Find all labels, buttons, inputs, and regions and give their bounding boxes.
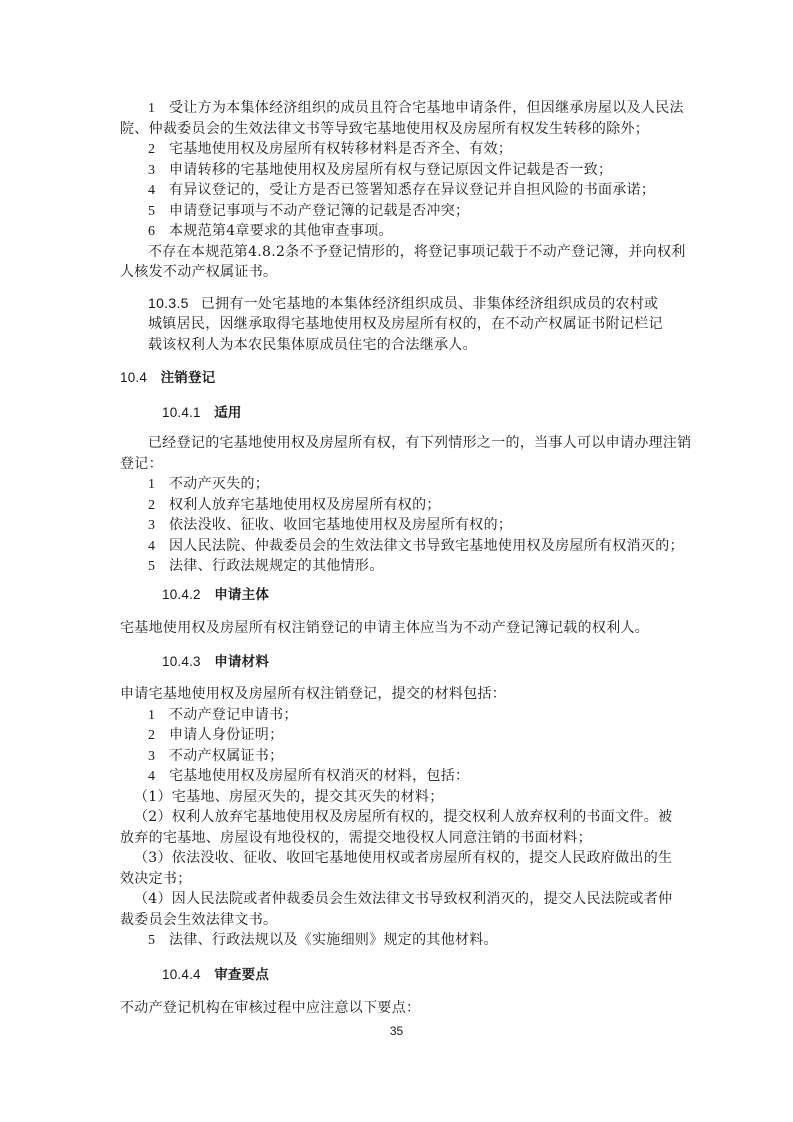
paragraph: 不动产登记机构在审核过程中应注意以下要点： xyxy=(120,998,700,1019)
closing-paragraph: 不存在本规范第4.8.2条不予登记情形的，将登记事项记载于不动产登记簿，并向权利 xyxy=(120,242,700,263)
sub-list-item: （1）宅基地、房屋灭失的，提交其灭失的材料； xyxy=(120,787,700,808)
list-item: 4有异议登记的，受让方是否已签署知悉存在异议登记并自担风险的书面承诺； xyxy=(120,180,700,201)
list-item: 2权利人放弃宅基地使用权及房屋所有权的； xyxy=(120,495,700,516)
subsection-heading: 10.4.4 审查要点 xyxy=(162,965,269,985)
list-item: 2申请人身份证明； xyxy=(120,725,700,746)
page-number: 35 xyxy=(0,1024,793,1038)
list-item: 1受让方为本集体经济组织的成员且符合宅基地申请条件，但因继承房屋以及人民法 xyxy=(120,98,700,119)
document-page: 1受让方为本集体经济组织的成员且符合宅基地申请条件，但因继承房屋以及人民法 院、… xyxy=(0,0,793,1122)
list-item: 6本规范第4章要求的其他审查事项。 xyxy=(120,221,700,242)
paragraph: 宅基地使用权及房屋所有权注销登记的申请主体应当为不动产登记簿记载的权利人。 xyxy=(120,618,700,639)
applicability-section: 已经登记的宅基地使用权及房屋所有权，有下列情形之一的，当事人可以申请办理注销 登… xyxy=(120,433,700,577)
sub-list-item: （2）权利人放弃宅基地使用权及房屋所有权的，提交权利人放弃权利的书面文件。被 xyxy=(120,807,700,828)
intro-paragraph-continuation: 登记： xyxy=(120,454,700,475)
section-heading: 10.4 注销登记 xyxy=(120,368,215,388)
sub-list-item-continuation: 放弃的宅基地、房屋设有地役权的，需提交地役权人同意注销的书面材料； xyxy=(120,828,700,849)
closing-paragraph-continuation: 人核发不动产权属证书。 xyxy=(120,262,700,283)
list-item: 2宅基地使用权及房屋所有权转移材料是否齐全、有效； xyxy=(120,139,700,160)
materials-section: 申请宅基地使用权及房屋所有权注销登记，提交的材料包括： 1不动产登记申请书； 2… xyxy=(120,684,700,951)
review-points-list: 1受让方为本集体经济组织的成员且符合宅基地申请条件，但因继承房屋以及人民法 院、… xyxy=(120,98,700,283)
intro-paragraph: 已经登记的宅基地使用权及房屋所有权，有下列情形之一的，当事人可以申请办理注销 xyxy=(120,433,700,454)
list-item: 5法律、行政法规规定的其他情形。 xyxy=(120,556,700,577)
list-item: 4因人民法院、仲裁委员会的生效法律文书导致宅基地使用权及房屋所有权消灭的； xyxy=(120,536,700,557)
sub-list-item-continuation: 效决定书； xyxy=(120,869,700,890)
applicant-section: 宅基地使用权及房屋所有权注销登记的申请主体应当为不动产登记簿记载的权利人。 xyxy=(120,618,700,639)
list-item: 5法律、行政法规以及《实施细则》规定的其他材料。 xyxy=(120,930,700,951)
list-item: 3依法没收、征收、收回宅基地使用权及房屋所有权的； xyxy=(120,515,700,536)
list-item: 3不动产权属证书； xyxy=(120,746,700,767)
list-item-continuation: 院、仲裁委员会的生效法律文书等导致宅基地使用权及房屋所有权发生转移的除外； xyxy=(120,119,700,140)
list-item: 5申请登记事项与不动产登记簿的记载是否冲突； xyxy=(120,201,700,222)
sub-list-item-continuation: 裁委员会生效法律文书。 xyxy=(120,910,700,931)
list-item: 1不动产登记申请书； xyxy=(120,705,700,726)
review-section: 不动产登记机构在审核过程中应注意以下要点： xyxy=(120,998,700,1019)
clause-10-3-5: 10.3.5已拥有一处宅基地的本集体经济组织成员、非集体经济组织成员的农村或 城… xyxy=(148,293,708,356)
sub-list-item: （3）依法没收、征收、收回宅基地使用权或者房屋所有权的，提交人民政府做出的生 xyxy=(120,848,700,869)
subsection-heading: 10.4.2 申请主体 xyxy=(162,585,269,605)
list-item: 4宅基地使用权及房屋所有权消灭的材料，包括： xyxy=(120,766,700,787)
subsection-heading: 10.4.1 适用 xyxy=(162,403,242,423)
intro-paragraph: 申请宅基地使用权及房屋所有权注销登记，提交的材料包括： xyxy=(120,684,700,705)
clause-number: 10.3.5 xyxy=(148,295,189,311)
sub-list-item: （4）因人民法院或者仲裁委员会生效法律文书导致权利消灭的，提交人民法院或者仲 xyxy=(120,889,700,910)
list-item: 3申请转移的宅基地使用权及房屋所有权与登记原因文件记载是否一致； xyxy=(120,160,700,181)
list-item: 1不动产灭失的； xyxy=(120,474,700,495)
subsection-heading: 10.4.3 申请材料 xyxy=(162,652,269,672)
